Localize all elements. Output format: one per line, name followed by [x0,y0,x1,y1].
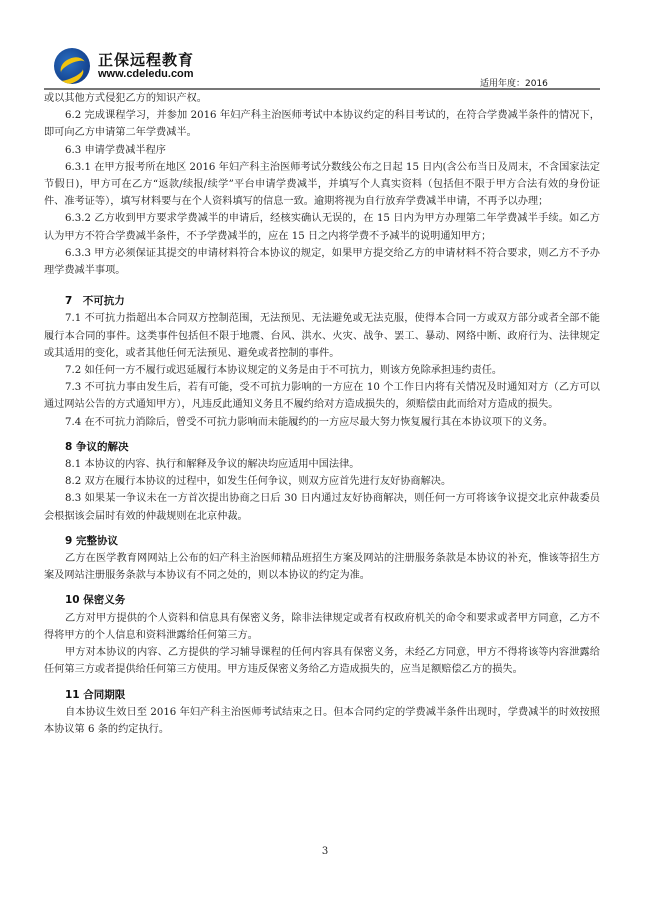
paragraph: 7.1 不可抗力指超出本合同双方控制范围，无法预见、无法避免或无法克服，使得本合… [44,310,600,362]
brand-url: www.cdeledu.com [98,68,194,80]
section-title: 8 争议的解决 [44,439,600,456]
section-title: 10 保密义务 [44,592,600,609]
paragraph: 6.3.3 甲方必须保证其提交的申请材料符合本协议的规定，如果甲方提交给乙方的申… [44,245,600,279]
paragraph: 8.1 本协议的内容、执行和解释及争议的解决均应适用中国法律。 [44,456,600,473]
paragraph: 7.4 在不可抗力消除后，曾受不可抗力影响而未能履约的一方应尽最大努力恢复履行其… [44,414,600,431]
section-title: 11 合同期限 [44,687,600,704]
paragraph: 6.3 申请学费减半程序 [44,142,600,159]
document-body: 或以其他方式侵犯乙方的知识产权。 6.2 完成课程学习，并参加 2016 年妇产… [44,90,600,738]
paragraph: 8.2 双方在履行本协议的过程中，如发生任何争议，则双方应首先进行友好协商解决。 [44,473,600,490]
paragraph: 6.2 完成课程学习，并参加 2016 年妇产科主治医师考试中本协议约定的科目考… [44,107,600,141]
paragraph: 或以其他方式侵犯乙方的知识产权。 [44,90,600,107]
paragraph: 自本协议生效日至 2016 年妇产科主治医师考试结束之日。但本合同约定的学费减半… [44,704,600,738]
page-number: 3 [0,846,650,857]
logo-icon [54,48,90,84]
paragraph: 6.3.2 乙方收到甲方要求学费减半的申请后，经核实确认无误的，在 15 日内为… [44,210,600,244]
section-title: 7 不可抗力 [44,293,600,310]
brand-name: 正保远程教育 [98,49,194,70]
paragraph: 乙方在医学教育网网站上公布的妇产科主治医师精品班招生方案及网站的注册服务条款是本… [44,550,600,584]
paragraph: 7.2 如任何一方不履行或迟延履行本协议规定的义务是由于不可抗力，则该方免除承担… [44,362,600,379]
paragraph: 甲方对本协议的内容、乙方提供的学习辅导课程的任何内容具有保密义务，未经乙方同意，… [44,644,600,678]
page-header: 正保远程教育 www.cdeledu.com [44,46,480,86]
paragraph: 乙方对甲方提供的个人资料和信息具有保密义务，除非法律规定或者有权政府机关的命令和… [44,610,600,644]
paragraph: 6.3.1 在甲方报考所在地区 2016 年妇产科主治医师考试分数线公布之日起 … [44,159,600,211]
paragraph: 7.3 不可抗力事由发生后，若有可能，受不可抗力影响的一方应在 10 个工作日内… [44,379,600,413]
section-title: 9 完整协议 [44,533,600,550]
paragraph: 8.3 如果某一争议未在一方首次提出协商之日后 30 日内通过友好协商解决，则任… [44,490,600,524]
